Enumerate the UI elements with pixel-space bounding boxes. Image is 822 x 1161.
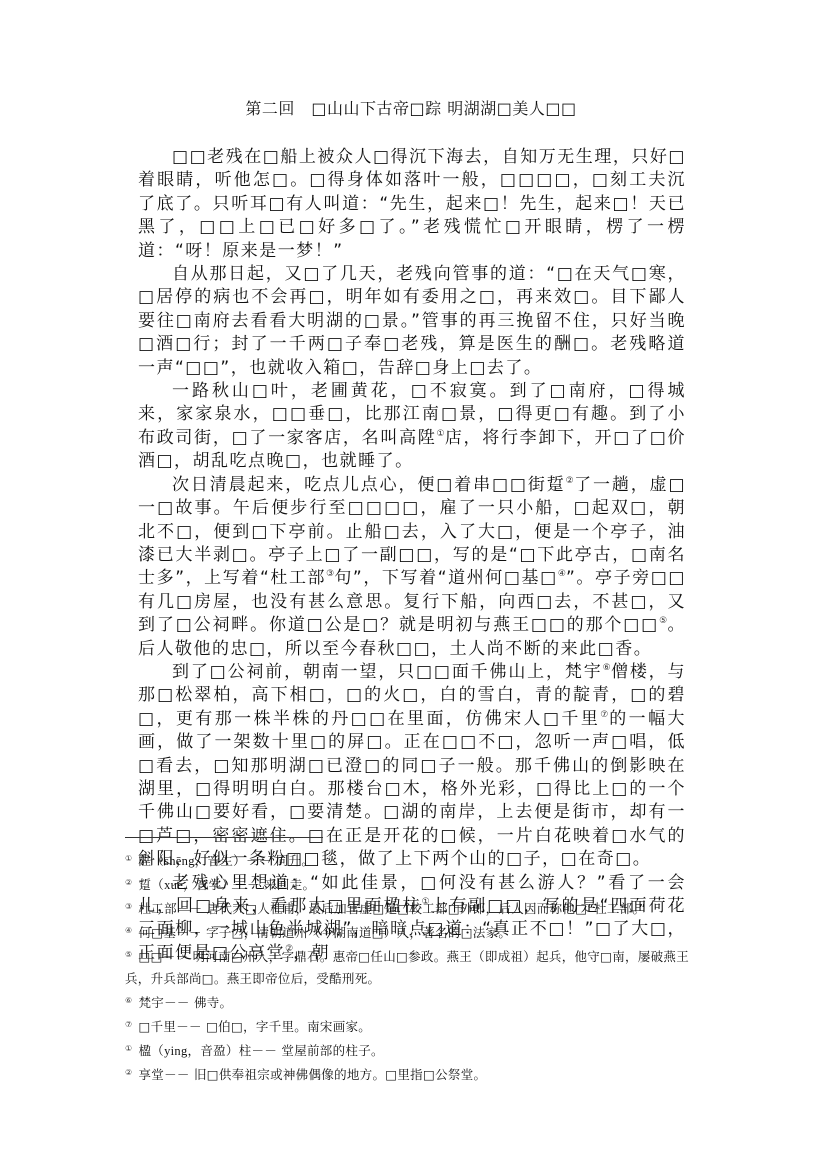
footnote-mark: ② — [125, 1068, 132, 1077]
text-run: 自从那日起，又□了几天，老残向管事的道：“□在天气□寒，□居停的病也不会再□，明… — [138, 264, 686, 378]
footnote-mark: ① — [125, 854, 132, 863]
footnote-mark: ⑦ — [125, 1020, 132, 1029]
footnote-3: ③杜工部－－ 唐代大□人杜甫，最后加官虚□是□校工部□外郎，后人因而称他□“杜工… — [125, 896, 695, 920]
footnote-text: 音盈）柱－－ 堂屋前部的柱子。 — [200, 1043, 383, 1058]
footnote-9: ②享堂－－ 旧□供奉祖宗或神佛偶像的地方。□里指□公祭堂。 — [125, 1062, 695, 1086]
text-run: □□老残在□船上被众人□得沉下海去，自知万无生理，只好□着眼睛，听他怎□。□得身… — [138, 147, 686, 261]
footnote-2: ②踅（xué，音学）－－ 来回走。 — [125, 872, 695, 896]
paragraph-1: □□老残在□船上被众人□得沉下海去，自知万无生理，只好□着眼睛，听他怎□。□得身… — [138, 146, 686, 263]
body-text: □□老残在□船上被众人□得沉下海去，自知万无生理，只好□着眼睛，听他怎□。□得身… — [138, 146, 686, 965]
footnote-text: 音生）－－ 同升。 — [208, 853, 315, 868]
footnote-text: □□－－ 明河南□州人，字鼎石。惠帝□任山□参政。燕王（即成祖）起兵，他守□南，… — [125, 949, 689, 986]
footnote-ref[interactable]: ⑥ — [603, 663, 611, 673]
footnote-text: 享堂－－ 旧□供奉祖宗或神佛偶像的地方。□里指□公祭堂。 — [138, 1067, 486, 1082]
text-run: 句”，下写着“道州何□基□ — [334, 568, 557, 588]
footnote-pinyin: （xué， — [151, 878, 196, 892]
footnote-pinyin: （ying， — [151, 1044, 200, 1058]
footnote-5: ⑤□□－－ 明河南□州人，字鼎石。惠帝□任山□参政。燕王（即成祖）起兵，他守□南… — [125, 944, 695, 990]
footnotes: ①陞（shēng，音生）－－ 同升。 ②踅（xué，音学）－－ 来回走。 ③杜工… — [125, 848, 695, 1086]
text-run: 次日清晨起来，吃点儿点心，便□着串□□街踅 — [172, 475, 566, 495]
footnote-head: 陞 — [138, 853, 151, 868]
footnote-ref[interactable]: ④ — [558, 569, 566, 579]
footnote-7: ⑦□千里－－ □伯□，字千里。南宋画家。 — [125, 1014, 695, 1038]
footnote-ref[interactable]: ⑤ — [659, 616, 667, 626]
footnote-mark: ⑥ — [125, 996, 132, 1005]
footnote-separator — [125, 837, 323, 838]
footnote-text: 梵宇－－ 佛寺。 — [138, 995, 232, 1010]
document-page: 第二回 □山山下古帝□踪 明湖湖□美人□□ □□老残在□船上被众人□得沉下海去，… — [0, 0, 822, 1161]
footnote-mark: ④ — [125, 926, 132, 935]
footnote-head: 楹 — [138, 1043, 151, 1058]
footnote-ref[interactable]: ① — [437, 429, 445, 439]
footnote-text: □千里－－ □伯□，字千里。南宋画家。 — [138, 1019, 371, 1034]
footnote-mark: ① — [125, 1044, 132, 1053]
footnote-ref[interactable]: ⑦ — [600, 710, 609, 720]
footnote-ref[interactable]: ② — [566, 476, 574, 486]
footnote-mark: ③ — [125, 902, 132, 911]
footnote-text: 音学）－－ 来回走。 — [196, 877, 315, 892]
paragraph-4: 次日清晨起来，吃点儿点心，便□着串□□街踅②了一趟，虚□一□故事。午后便步行至□… — [138, 474, 686, 661]
footnote-head: 踅 — [138, 877, 151, 892]
text-run: 到了□公祠前，朝南一望，只□□面千佛山上，梵宇 — [172, 662, 603, 682]
footnote-6: ⑥梵宇－－ 佛寺。 — [125, 990, 695, 1014]
paragraph-3: 一路秋山□叶，老圃黄花，□不寂寞。到了□南府，□得城来，家家泉水，□□垂□，比那… — [138, 380, 686, 474]
footnote-4: ④何□基－－ 字子□，清朝道州（今湖南道□）人，著名的□法家。 — [125, 920, 695, 944]
text-run: 的一幅大画，做了一架数十里□的屏□。正在□□不□，忽听一声□唱，低□看去，□知那… — [138, 709, 686, 869]
footnote-mark: ② — [125, 878, 132, 887]
footnote-mark: ⑤ — [125, 950, 132, 959]
footnote-1: ①陞（shēng，音生）－－ 同升。 — [125, 848, 695, 872]
footnote-text: 杜工部－－ 唐代大□人杜甫，最后加官虚□是□校工部□外郎，后人因而称他□“杜工部… — [138, 901, 645, 916]
footnote-text: 何□基－－ 字子□，清朝道州（今湖南道□）人，著名的□法家。 — [138, 925, 511, 940]
chapter-title: 第二回 □山山下古帝□踪 明湖湖□美人□□ — [0, 98, 822, 120]
footnote-8: ①楹（ying，音盈）柱－－ 堂屋前部的柱子。 — [125, 1038, 695, 1062]
footnote-pinyin: （shēng， — [151, 854, 207, 868]
paragraph-5: 到了□公祠前，朝南一望，只□□面千佛山上，梵宇⑥僧楼，与那□松翠柏，高下相□，□… — [138, 661, 686, 872]
paragraph-2: 自从那日起，又□了几天，老残向管事的道：“□在天气□寒，□居停的病也不会再□，明… — [138, 263, 686, 380]
